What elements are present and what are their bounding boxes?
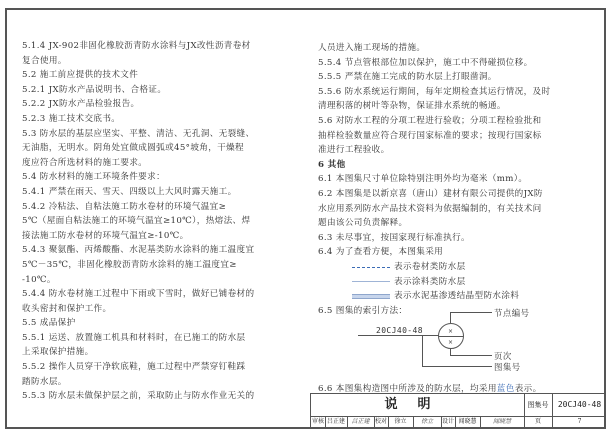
text-line: 6.3 未尽事宜，按国家现行标准执行。	[318, 231, 598, 246]
text-line: 5℃－35℃，非固化橡胶沥青防水涂料的施工温度宜≥	[22, 258, 304, 273]
label-atlas-number: 图集号	[494, 360, 521, 375]
text-line: 无油脂，无明水。阴角处宜做成圆弧或45°坡角，干燥程	[22, 141, 304, 156]
reviewer-signature: 吕正建	[347, 416, 375, 428]
leader-line	[450, 312, 451, 323]
double-line-icon	[352, 294, 390, 299]
legend-cement-crystalline: 表示水泥基渗透结晶型防水涂料	[318, 289, 598, 304]
page-number: 7	[552, 416, 607, 428]
text-line: 5.4.3 聚氨酯、丙烯酸酯、水泥基类防水涂料的施工温度宜	[22, 243, 304, 258]
right-column: 人员进入施工现场的措施。 5.5.4 节点管根部位加以保护，施工中不得碰损位移。…	[318, 41, 598, 397]
review-label: 审核	[311, 416, 326, 428]
code-underline	[358, 335, 438, 336]
index-circle-icon: × ×	[438, 323, 464, 349]
section-heading: 5.5 成品保护	[22, 316, 304, 331]
text-line: 5.5.5 严禁在施工完成的防水层上打眼凿洞。	[318, 70, 598, 85]
legend-label: 表示水泥基渗透结晶型防水涂料	[394, 289, 519, 304]
text-line: 6.4 为了查看方便，本图集采用	[318, 245, 598, 260]
leader-line	[450, 355, 492, 356]
solid-line-icon	[352, 281, 390, 282]
text-line: 5.5.2 操作人员穿干净软底鞋，施工过程中严禁穿钉鞋踩	[22, 360, 304, 375]
atlas-no-label: 图集号	[524, 394, 553, 416]
checker-name: 徐立	[388, 416, 414, 428]
page-label: 页	[524, 416, 553, 428]
section-6-heading: 6 其他	[318, 158, 598, 173]
checker-signature: 徐立	[413, 416, 442, 428]
atlas-no: 20CJ40-48	[552, 394, 607, 416]
reviewer-name: 吕正建	[325, 416, 348, 428]
legend-coating: 表示涂料类防水层	[318, 275, 598, 290]
text-line: 抽样检验数量应符合现行国家标准的要求；按现行国家标	[318, 129, 598, 144]
text-line: 5.3 防水层的基层应坚实、平整、清洁、无孔洞、无裂缝、	[22, 127, 304, 142]
dashed-line-icon	[352, 267, 390, 268]
left-column: 5.1.4 JX-902非固化橡胶沥青防水涂料与JX改性沥青卷材 复合使用。 5…	[22, 39, 304, 404]
text-line: 收头密封和保护工作。	[22, 302, 304, 317]
legend-label: 表示涂料类防水层	[394, 275, 466, 290]
text-line: 清理积落的树叶等杂物，保证排水系统的畅通。	[318, 99, 598, 114]
design-label: 设计	[441, 416, 456, 428]
designer-signature: 闻晓慧	[480, 416, 525, 428]
text-line: 6.2 本图集是以新京喜（唐山）建材有限公司提供的JX防	[318, 187, 598, 202]
text-line: 度应符合所选材料的施工要求。	[22, 156, 304, 171]
text-line: 6.1 本图集尺寸单位除特别注明外均为毫米（mm）。	[318, 172, 598, 187]
text-line: 5.1.4 JX-902非固化橡胶沥青防水涂料与JX改性沥青卷材	[22, 39, 304, 54]
text-line: -10℃。	[22, 273, 304, 288]
text-line: 5.4.2 冷粘法、自粘法施工防水卷材的环境气温宜≥	[22, 200, 304, 215]
text-line: 5℃（屋面自粘法施工的环境气温宜≥10℃），热熔法、焊	[22, 214, 304, 229]
text-line: 5.2.2 JX防水产品检验报告。	[22, 97, 304, 112]
text-line: 5.4.1 严禁在雨天、雪天、四级以上大风时露天施工。	[22, 185, 304, 200]
label-node-number: 节点编号	[494, 306, 530, 321]
text-line: 上采取保护措施。	[22, 345, 304, 360]
text-line: 5.6 对防水工程的分项工程进行验收；分项工程检验批和	[318, 114, 598, 129]
text-line: 人员进入施工现场的措施。	[318, 41, 598, 56]
check-label: 校对	[374, 416, 389, 428]
leader-line	[422, 366, 492, 367]
text-line: 复合使用。	[22, 54, 304, 69]
text-line: 5.5.1 运送、放置施工机具和材料时，在已施工的防水层	[22, 331, 304, 346]
leader-line	[422, 335, 423, 366]
index-heading: 6.5 图集的索引方法：	[318, 304, 598, 319]
designer-name: 闻晓慧	[455, 416, 481, 428]
text-line: 5.5.6 防水系统运行期间，每年定期检查其运行情况，及时	[318, 85, 598, 100]
title-block: 说明 图集号 20CJ40-48 审核 吕正建 吕正建 校对 徐立 徐立 设计 …	[310, 393, 606, 429]
text-line: 5.2.1 JX防水产品说明书、合格证。	[22, 83, 304, 98]
legend-membrane: 表示卷材类防水层	[318, 260, 598, 275]
text-line: 准进行工程验收。	[318, 143, 598, 158]
leader-line	[450, 312, 492, 313]
section-heading: 5.4 防水材料的施工环境条件要求：	[22, 170, 304, 185]
text-line: 5.5.4 节点管根部位加以保护，施工中不得碰损位移。	[318, 56, 598, 71]
section-heading: 5.2 施工前应提供的技术文件	[22, 68, 304, 83]
text-line: 5.5.3 防水层未做保护层之前，采取防止与防水作业无关的	[22, 389, 304, 404]
text-line: 5.4.4 防水卷材施工过程中下雨或下雪时，做好已铺卷材的	[22, 287, 304, 302]
text-line: 5.2.3 施工技术交底书。	[22, 112, 304, 127]
index-method-diagram: 20CJ40-48 × × 节点编号 页次 图集号	[318, 318, 598, 376]
text-line: 水应用系列防水产品技术资料为依据编制的，有关技术问	[318, 202, 598, 217]
text-line: 接法施工防水卷材的环境气温宜≥-10℃。	[22, 229, 304, 244]
legend-label: 表示卷材类防水层	[394, 260, 466, 275]
sheet-title: 说明	[311, 394, 525, 416]
text-line: 踏防水层。	[22, 375, 304, 390]
text-line: 题由该公司负责解释。	[318, 216, 598, 231]
atlas-code: 20CJ40-48	[376, 324, 423, 339]
